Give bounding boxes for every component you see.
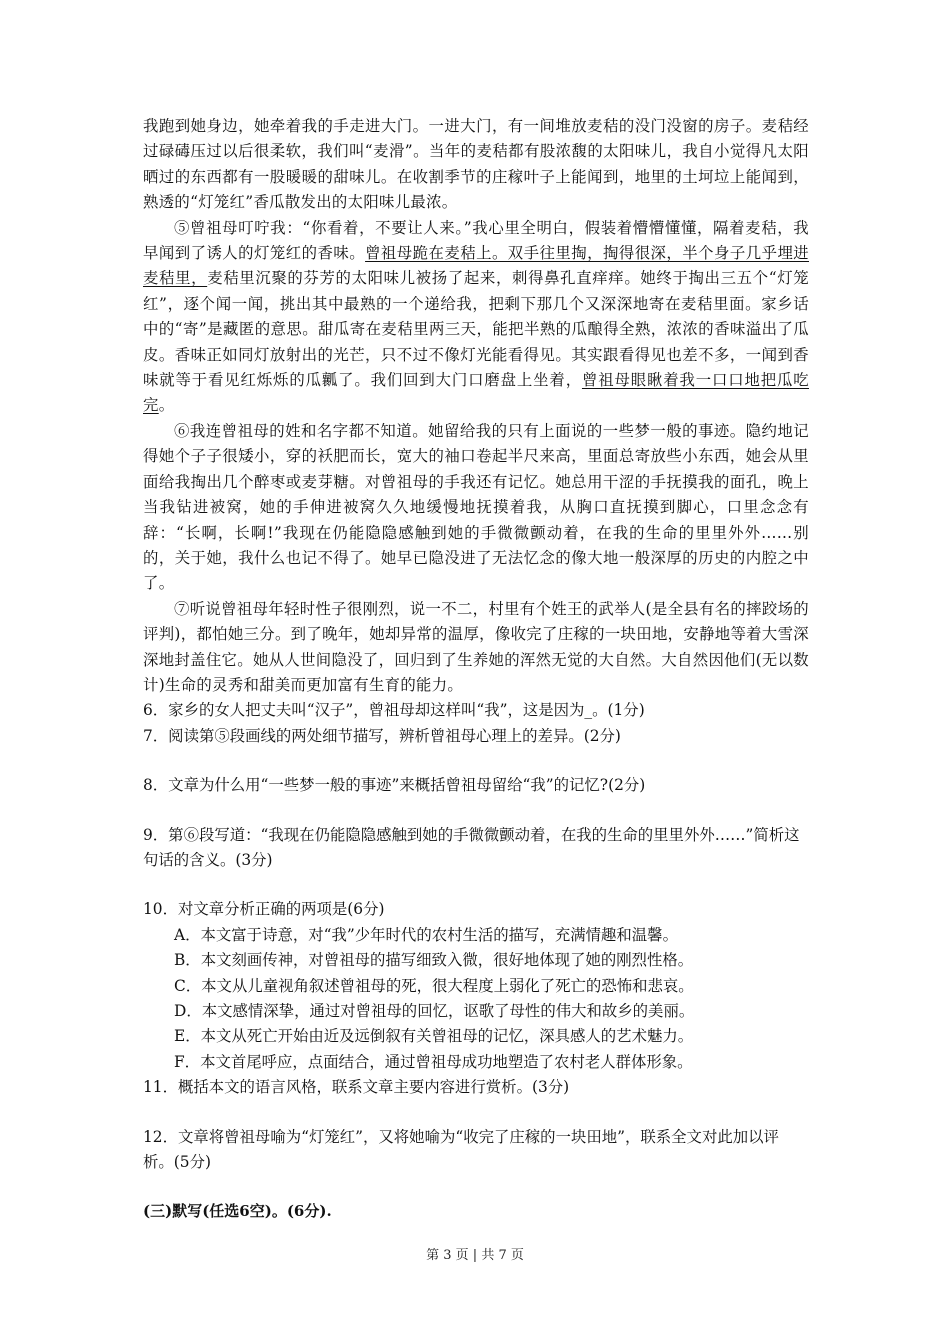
answer-space [143,1175,809,1199]
answer-space [143,873,809,897]
q10-option-f: F．本文首尾呼应，点面结合，通过曾祖母成功地塑造了农村老人群体形象。 [143,1050,809,1075]
passage-paragraph-5: ⑤曾祖母叮咛我：“你看着，不要让人来。”我心里全明白，假装着懵懵懂懂，隔着麦秸，… [143,216,809,419]
passage-paragraph-intro: 我跑到她身边，她牵着我的手走进大门。一进大门，有一间堆放麦秸的没门没窗的房子。麦… [143,114,809,216]
q10-option-a: A．本文富于诗意，对“我”少年时代的农村生活的描写，充满情趣和温馨。 [143,923,809,948]
question-7: 7．阅读第⑤段画线的两处细节描写，辨析曾祖母心理上的差异。(2分) [143,724,809,749]
question-10: 10．对文章分析正确的两项是(6分) [143,897,809,922]
page-footer: 第 3 页 | 共 7 页 [0,1244,950,1263]
section-3-heading: (三)默写(任选6空)。(6分). [143,1199,809,1224]
answer-space [143,1101,809,1125]
q10-option-c: C．本文从儿童视角叙述曾祖母的死，很大程度上弱化了死亡的恐怖和悲哀。 [143,974,809,999]
question-12: 12．文章将曾祖母喻为“灯笼红”，又将她喻为“收完了庄稼的一块田地”，联系全文对… [143,1125,809,1176]
question-9: 9．第⑥段写道：“我现在仍能隐隐感触到她的手微微颤动着，在我的生命的里里外外……… [143,823,809,874]
q10-option-e: E．本文从死亡开始由近及远倒叙有关曾祖母的记忆，深具感人的艺术魅力。 [143,1024,809,1049]
question-6: 6．家乡的女人把丈夫叫“汉子”，曾祖母却这样叫“我”，这是因为_。(1分) [143,698,809,723]
passage-paragraph-6: ⑥我连曾祖母的姓和名字都不知道。她留给我的只有上面说的一些梦一般的事迹。隐约地记… [143,419,809,597]
q10-option-b: B．本文刻画传神，对曾祖母的描写细致入微，很好地体现了她的刚烈性格。 [143,948,809,973]
answer-space [143,799,809,823]
question-8: 8．文章为什么用“一些梦一般的事迹”来概括曾祖母留给“我”的记忆?(2分) [143,773,809,798]
passage-paragraph-7: ⑦听说曾祖母年轻时性子很刚烈，说一不二，村里有个姓王的武举人(是全县有名的摔跤场… [143,597,809,699]
document-page: 我跑到她身边，她牵着我的手走进大门。一进大门，有一间堆放麦秸的没门没窗的房子。麦… [143,114,809,1225]
answer-space [143,749,809,773]
q10-option-d: D．本文感情深挚，通过对曾祖母的回忆，讴歌了母性的伟大和故乡的美丽。 [143,999,809,1024]
question-11: 11．概括本文的语言风格，联系文章主要内容进行赏析。(3分) [143,1075,809,1100]
p5-text-c: 。 [159,396,175,414]
